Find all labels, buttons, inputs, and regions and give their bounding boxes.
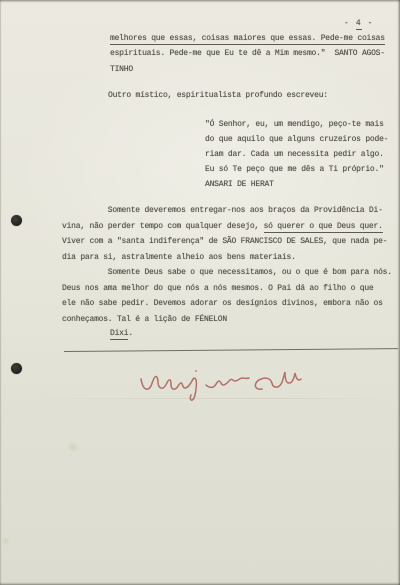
typed-line: Somente deveremos entregar-nos aos braço… — [62, 203, 387, 219]
typed-line: ele não sabe pedir. Devemos adorar os de… — [62, 296, 392, 312]
scanned-typewritten-page: - 4 - melhores que essas, coisas maiores… — [0, 0, 400, 585]
closing-word-dixi: Dixi. — [110, 326, 133, 341]
punch-hole-top — [11, 215, 22, 226]
paper-crease — [0, 398, 400, 399]
typed-line: do que aquilo que alguns cruzeiros pode- — [205, 132, 388, 147]
typed-line: Viver com a "santa indiferença" de SÃO F… — [62, 234, 387, 250]
typed-line: Deus nos ama melhor do que nós a nós mes… — [62, 281, 392, 297]
typed-line: Dixi. — [110, 326, 133, 341]
typed-line: vina, não perder tempo com qualquer dese… — [62, 219, 387, 235]
body-paragraph-1: Somente deveremos entregar-nos aos braço… — [62, 203, 387, 266]
typed-line: melhores que essas, coisas maiores que e… — [110, 31, 385, 46]
typed-line: ANSARI DE HERAT — [205, 177, 388, 192]
page-number: - 4 - — [344, 16, 374, 31]
intro-line: Outro místico, espiritualista profundo e… — [108, 88, 328, 103]
typed-line: - 4 - — [344, 16, 374, 31]
punch-hole-bottom — [11, 363, 22, 374]
typed-line: TINHO — [110, 62, 385, 77]
typed-line: dia para si, astralmente alheio aos bens… — [62, 250, 387, 266]
horizontal-divider-rule — [64, 348, 398, 352]
typed-line: espirituais. Pede-me que Eu te dê a Mim … — [110, 46, 385, 61]
typed-line: "Ó Senhor, eu, um mendigo, peço-te mais — [205, 117, 388, 132]
indented-blockquote: "Ó Senhor, eu, um mendigo, peço-te maisd… — [205, 117, 388, 192]
quote-continuation-text: melhores que essas, coisas maiores que e… — [110, 31, 385, 77]
typed-line: Outro místico, espiritualista profundo e… — [108, 88, 328, 103]
typed-line: Somente Deus sabe o que necessitamos, ou… — [62, 265, 392, 281]
body-paragraph-2: Somente Deus sabe o que necessitamos, ou… — [62, 265, 392, 327]
typed-line: riam dar. Cada um necessita pedir algo. — [205, 147, 388, 162]
typed-line: Eu só Te peço que me dês a Ti próprio." — [205, 162, 388, 177]
